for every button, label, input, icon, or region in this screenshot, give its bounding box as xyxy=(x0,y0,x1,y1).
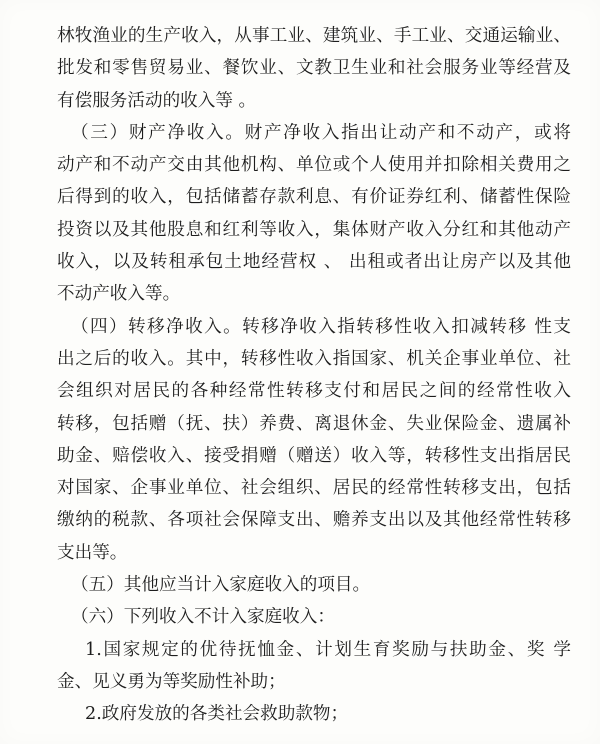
text-line: 助金、赔偿收入、接受捐赠（赠送）收入等，转移性支出指居民 xyxy=(57,440,571,472)
text-line: 动产和不动产交由其他机构、单位或个人使用并扣除相关费用之 xyxy=(57,149,571,181)
text-line: 投资以及其他股息和红利等收入，集体财产收入分红和其他动产 xyxy=(57,214,571,246)
text-line: 对国家、企事业单位、社会组织、居民的经常性转移支出，包括 xyxy=(57,472,571,504)
scanned-document-page: 林牧渔业的生产收入，从事工业、建筑业、手工业、交通运输业、批发和零售贸易业、餐饮… xyxy=(0,0,600,744)
text-line: （四）转移净收入。转移净收入指转移性收入扣减转移 性支 xyxy=(57,311,571,343)
text-line: 不动产收入等。 xyxy=(57,278,571,310)
text-line: 金、见义勇为等奖励性补助； xyxy=(57,666,571,698)
text-line: 1.国家规定的优待抚恤金、计划生育奖励与扶助金、奖 学 xyxy=(57,634,571,666)
text-line: （三）财产净收入。财产净收入指出让动产和不动产，或将 xyxy=(57,117,571,149)
text-line: 有偿服务活动的收入等 。 xyxy=(57,85,571,117)
text-line: 会组织对居民的各种经常性转移支付和居民之间的经常性收入 xyxy=(57,375,571,407)
text-line: 后得到的收入，包括储蓄存款利息、有价证券红利、储蓄性保险 xyxy=(57,181,571,213)
text-line: 收入，以及转租承包土地经营权 、 出租或者出让房产以及其他 xyxy=(57,246,571,278)
text-line: 出之后的收入。其中，转移性收入指国家、机关企事业单位、社 xyxy=(57,343,571,375)
document-text: 林牧渔业的生产收入，从事工业、建筑业、手工业、交通运输业、批发和零售贸易业、餐饮… xyxy=(57,20,571,731)
text-line: 缴纳的税款、各项社会保障支出、赡养支出以及其他经常性转移 xyxy=(57,504,571,536)
text-line: （五）其他应当计入家庭收入的项目。 xyxy=(57,569,571,601)
text-line: 批发和零售贸易业、餐饮业、文教卫生业和社会服务业等经营及 xyxy=(57,52,571,84)
text-line: 转移，包括赠（抚、扶）养费、离退休金、失业保险金、遗属补 xyxy=(57,408,571,440)
text-line: 支出等。 xyxy=(57,537,571,569)
text-line: （六）下列收入不计入家庭收入： xyxy=(57,601,571,633)
text-line: 2.政府发放的各类社会救助款物； xyxy=(57,698,571,730)
text-line: 林牧渔业的生产收入，从事工业、建筑业、手工业、交通运输业、 xyxy=(57,20,571,52)
